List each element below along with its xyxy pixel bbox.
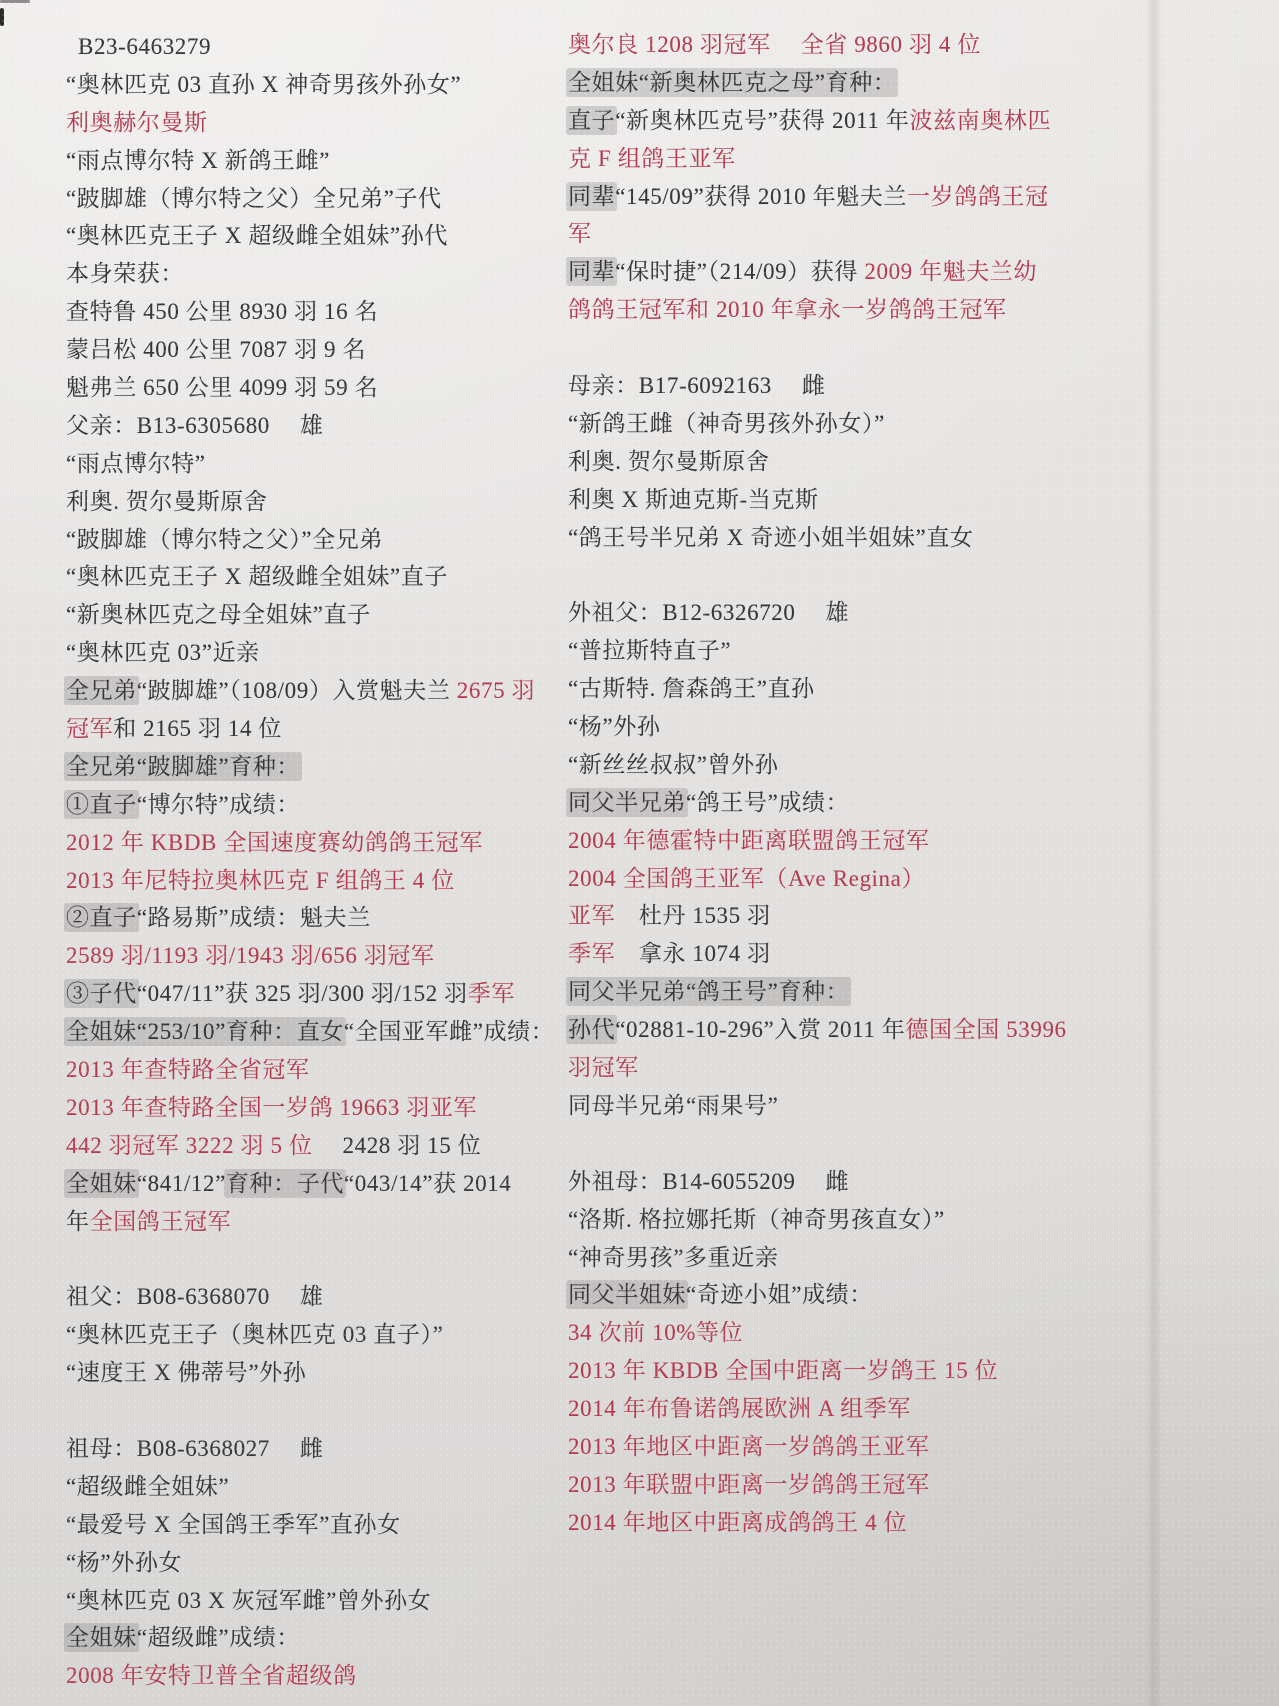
pedigree-left-column: B23-6463279“奥林匹克 03 直孙 X 神奇男孩外孙女”利奥赫尔曼斯“… bbox=[66, 28, 552, 1695]
text-segment: 2013 年地区中距离一岁鸽鸽王亚军 bbox=[568, 1434, 930, 1459]
text-line: “最爱号 X 全国鸽王季军”直孙女 bbox=[66, 1506, 552, 1544]
text-line: 2014 年布鲁诺鸽展欧洲 A 组季军 bbox=[568, 1390, 1148, 1428]
text-segment: 2009 年魁夫兰幼 bbox=[864, 259, 1037, 284]
text-segment: 2004 全国鸽王亚军（Ave Regina） bbox=[568, 866, 925, 891]
text-segment: “杨”外孙女 bbox=[66, 1550, 182, 1575]
text-line: “雨点博尔特 X 新鸽王雌” bbox=[66, 142, 552, 180]
text-segment: 2008 年安特卫普全省超级鸽 bbox=[66, 1663, 357, 1688]
text-line: 利奥 X 斯迪克斯-当克斯 bbox=[568, 481, 1148, 519]
text-line: “奥林匹克王子（奥林匹克 03 直子）” bbox=[66, 1316, 552, 1354]
text-line: 羽冠军 bbox=[568, 1049, 1148, 1087]
text-line: 34 次前 10%等位 bbox=[568, 1314, 1148, 1352]
text-line: 祖母：B08-6368027 雌 bbox=[66, 1430, 552, 1468]
text-line: 外祖父：B12-6326720 雄 bbox=[568, 594, 1148, 632]
text-line: “新奥林匹克之母全姐妹”直子 bbox=[66, 596, 552, 634]
text-segment: 杜丹 1535 羽 bbox=[615, 903, 771, 928]
text-segment: B23-6463279 bbox=[78, 34, 211, 59]
text-line: 2013 年 KBDB 全国中距离一岁鸽王 15 位 bbox=[568, 1352, 1148, 1390]
text-segment: 一岁鸽鸽王冠 bbox=[907, 184, 1049, 209]
text-line: “杨”外孙 bbox=[568, 708, 1148, 746]
text-segment: 2013 年联盟中距离一岁鸽鸽王冠军 bbox=[568, 1472, 930, 1497]
text-segment: 利奥. 贺尔曼斯原舍 bbox=[568, 449, 770, 474]
text-line: “雨点博尔特” bbox=[66, 445, 552, 483]
text-line: 2012 年 KBDB 全国速度赛幼鸽鸽王冠军 bbox=[66, 824, 552, 862]
text-line: 外祖母：B14-6055209 雌 bbox=[568, 1163, 1148, 1201]
text-segment: “杨”外孙 bbox=[568, 714, 660, 739]
text-segment: 2013 年尼特拉奥林匹克 F 组鸽王 4 位 bbox=[66, 868, 455, 893]
text-line: “奥林匹克 03”近亲 bbox=[66, 634, 552, 672]
text-line: 2013 年联盟中距离一岁鸽鸽王冠军 bbox=[568, 1466, 1148, 1504]
text-segment: 外祖母：B14-6055209 雌 bbox=[568, 1169, 849, 1194]
text-segment: 2428 羽 15 位 bbox=[313, 1133, 482, 1158]
text-segment: “最爱号 X 全国鸽王季军”直孙女 bbox=[66, 1512, 401, 1537]
text-line: 同父半姐妹“奇迹小姐”成绩： bbox=[568, 1276, 1148, 1314]
text-segment: “02881-10-296”入赏 2011 年 bbox=[615, 1017, 905, 1042]
text-segment: 奥尔良 1208 羽冠军 全省 9860 羽 4 位 bbox=[568, 32, 981, 57]
text-segment: “145/09”获得 2010 年魁夫兰 bbox=[615, 184, 907, 209]
text-line: ①直子“博尔特”成绩： bbox=[66, 786, 552, 824]
text-segment: 利奥 X 斯迪克斯-当克斯 bbox=[568, 487, 819, 512]
text-segment: 波兹南奥林匹 bbox=[909, 108, 1051, 133]
text-line: 查特鲁 450 公里 8930 羽 16 名 bbox=[66, 293, 552, 331]
text-line: “跛脚雄（博尔特之父）”全兄弟 bbox=[66, 521, 552, 559]
text-line: ③子代“047/11”获 325 羽/300 羽/152 羽季军 bbox=[66, 975, 552, 1013]
text-line bbox=[568, 556, 1148, 594]
highlighted-text-segment: 同父半姐妹 bbox=[568, 1282, 686, 1307]
text-segment: 祖母：B08-6368027 雌 bbox=[66, 1436, 323, 1461]
photo-edge-artifact bbox=[0, 8, 4, 26]
text-line bbox=[568, 329, 1148, 367]
text-line: 442 羽冠军 3222 羽 5 位 2428 羽 15 位 bbox=[66, 1127, 552, 1165]
pedigree-document-photo: B23-6463279“奥林匹克 03 直孙 X 神奇男孩外孙女”利奥赫尔曼斯“… bbox=[0, 0, 1279, 1706]
text-segment: “路易斯”成绩：魁夫兰 bbox=[137, 905, 371, 930]
text-line: 同父半兄弟“鸽王号”育种： bbox=[568, 973, 1148, 1011]
text-line: 直子“新奥林匹克号”获得 2011 年波兹南奥林匹 bbox=[568, 102, 1148, 140]
highlighted-text-segment: 全姐妹 bbox=[66, 1625, 137, 1650]
text-segment: “全国亚军雌”成绩： bbox=[344, 1019, 554, 1044]
text-line: 蒙吕松 400 公里 7087 羽 9 名 bbox=[66, 331, 552, 369]
text-line: 季军 拿永 1074 羽 bbox=[568, 935, 1148, 973]
text-line: “普拉斯特直子” bbox=[568, 632, 1148, 670]
text-line: 同辈“145/09”获得 2010 年魁夫兰一岁鸽鸽王冠 bbox=[568, 178, 1148, 216]
text-line: 全姐妹“253/10”育种：直女“全国亚军雌”成绩： bbox=[66, 1013, 552, 1051]
text-segment: “跛脚雄（博尔特之父）”全兄弟 bbox=[66, 527, 383, 552]
text-segment: 和 2165 羽 14 位 bbox=[113, 716, 282, 741]
text-segment: 2013 年查特路全国一岁鸽 19663 羽亚军 bbox=[66, 1095, 477, 1120]
text-segment: 34 次前 10%等位 bbox=[568, 1320, 743, 1345]
highlighted-text-segment: ③子代 bbox=[66, 981, 137, 1006]
text-segment: 父亲：B13-6305680 雄 bbox=[66, 413, 323, 438]
text-line: 祖父：B08-6368070 雄 bbox=[66, 1278, 552, 1316]
text-line: 本身荣获： bbox=[66, 255, 552, 293]
text-segment: “雨点博尔特 X 新鸽王雌” bbox=[66, 148, 330, 173]
text-line: 全姐妹“841/12”育种：子代“043/14”获 2014 bbox=[66, 1165, 552, 1203]
text-segment: 克 F 组鸽王亚军 bbox=[568, 146, 736, 171]
text-line: “奥林匹克王子 X 超级雌全姐妹”孙代 bbox=[66, 217, 552, 255]
text-line: 军 bbox=[568, 215, 1148, 253]
text-segment: 同母半兄弟“雨果号” bbox=[568, 1093, 778, 1118]
text-line: “超级雌全姐妹” bbox=[66, 1468, 552, 1506]
text-segment: “洛斯. 格拉娜托斯（神奇男孩直女）” bbox=[568, 1207, 945, 1232]
text-line: 孙代“02881-10-296”入赏 2011 年德国全国 53996 bbox=[568, 1011, 1148, 1049]
text-segment: 利奥赫尔曼斯 bbox=[66, 110, 208, 135]
text-line: 父亲：B13-6305680 雄 bbox=[66, 407, 552, 445]
text-line: 年全国鸽王冠军 bbox=[66, 1203, 552, 1241]
text-segment: “超级雌全姐妹” bbox=[66, 1474, 229, 1499]
text-line: 同母半兄弟“雨果号” bbox=[568, 1087, 1148, 1125]
text-segment: 军 bbox=[568, 221, 592, 246]
text-segment: 蒙吕松 400 公里 7087 羽 9 名 bbox=[66, 337, 366, 362]
text-line: 母亲：B17-6092163 雌 bbox=[568, 367, 1148, 405]
text-segment: “跛脚雄”（108/09）入赏魁夫兰 bbox=[137, 678, 457, 703]
text-segment: “奥林匹克王子（奥林匹克 03 直子）” bbox=[66, 1322, 443, 1347]
text-segment: 2012 年 KBDB 全国速度赛幼鸽鸽王冠军 bbox=[66, 830, 483, 855]
text-segment: 2013 年 KBDB 全国中距离一岁鸽王 15 位 bbox=[568, 1358, 998, 1383]
text-segment: 年 bbox=[66, 1209, 90, 1234]
text-line: “跛脚雄（博尔特之父）全兄弟”子代 bbox=[66, 180, 552, 218]
text-segment: 魁弗兰 650 公里 4099 羽 59 名 bbox=[66, 375, 378, 400]
text-line: 2013 年查特路全省冠军 bbox=[66, 1051, 552, 1089]
text-segment: 母亲：B17-6092163 雌 bbox=[568, 373, 825, 398]
text-line: “洛斯. 格拉娜托斯（神奇男孩直女）” bbox=[568, 1201, 1148, 1239]
text-line: 2004 年德霍特中距离联盟鸽王冠军 bbox=[568, 822, 1148, 860]
text-segment: 查特鲁 450 公里 8930 羽 16 名 bbox=[66, 299, 378, 324]
text-segment: “普拉斯特直子” bbox=[568, 638, 731, 663]
text-line: “鸽王号半兄弟 X 奇迹小姐半姐妹”直女 bbox=[568, 519, 1148, 557]
text-segment: 德国全国 53996 bbox=[905, 1017, 1066, 1042]
text-segment: 外祖父：B12-6326720 雄 bbox=[568, 600, 849, 625]
highlighted-text-segment: 同辈 bbox=[568, 259, 615, 284]
text-segment: “新奥林匹克之母全姐妹”直子 bbox=[66, 602, 371, 627]
text-line: 同辈“保时捷”（214/09）获得 2009 年魁夫兰幼 bbox=[568, 253, 1148, 291]
highlighted-text-segment: 全姐妹“253/10”育种：直女 bbox=[66, 1019, 344, 1044]
text-segment: “新奥林匹克号”获得 2011 年 bbox=[615, 108, 909, 133]
text-segment: “跛脚雄（博尔特之父）全兄弟”子代 bbox=[66, 186, 442, 211]
text-line: 奥尔良 1208 羽冠军 全省 9860 羽 4 位 bbox=[568, 26, 1148, 64]
text-segment: “奥林匹克 03 直孙 X 神奇男孩外孙女” bbox=[66, 72, 461, 97]
text-line: 全姐妹“新奥林匹克之母”育种： bbox=[568, 64, 1148, 102]
text-segment: “保时捷”（214/09）获得 bbox=[615, 259, 864, 284]
highlighted-text-segment: 全兄弟“跛脚雄”育种： bbox=[66, 754, 300, 779]
text-line: 利奥. 贺尔曼斯原舍 bbox=[568, 443, 1148, 481]
text-segment: “奥林匹克 03 X 灰冠军雌”曾外孙女 bbox=[66, 1588, 431, 1613]
text-line bbox=[568, 1125, 1148, 1163]
text-segment: “鸽王号半兄弟 X 奇迹小姐半姐妹”直女 bbox=[568, 525, 974, 550]
text-line: “杨”外孙女 bbox=[66, 1544, 552, 1582]
text-segment: “新鸽王雌（神奇男孩外孙女）” bbox=[568, 411, 885, 436]
highlighted-text-segment: 直子 bbox=[568, 108, 615, 133]
text-segment: 季军 bbox=[468, 981, 515, 1006]
text-segment: 亚军 bbox=[568, 903, 615, 928]
text-line: “奥林匹克 03 直孙 X 神奇男孩外孙女” bbox=[66, 66, 552, 104]
text-segment: 拿永 1074 羽 bbox=[615, 941, 771, 966]
text-segment: “古斯特. 詹森鸽王”直孙 bbox=[568, 676, 815, 701]
text-line: 2004 全国鸽王亚军（Ave Regina） bbox=[568, 860, 1148, 898]
text-segment: 羽冠军 bbox=[568, 1055, 639, 1080]
highlighted-text-segment: 同父半兄弟“鸽王号”育种： bbox=[568, 979, 849, 1004]
text-line: ②直子“路易斯”成绩：魁夫兰 bbox=[66, 899, 552, 937]
text-segment: 利奥. 贺尔曼斯原舍 bbox=[66, 489, 268, 514]
highlighted-text-segment: 同辈 bbox=[568, 184, 615, 209]
text-line: 2013 年查特路全国一岁鸽 19663 羽亚军 bbox=[66, 1089, 552, 1127]
text-line: 全兄弟“跛脚雄”育种： bbox=[66, 748, 552, 786]
text-line: 2013 年地区中距离一岁鸽鸽王亚军 bbox=[568, 1428, 1148, 1466]
text-segment: “奇迹小姐”成绩： bbox=[686, 1282, 873, 1307]
text-line: “神奇男孩”多重近亲 bbox=[568, 1239, 1148, 1277]
text-segment: “博尔特”成绩： bbox=[137, 792, 300, 817]
text-segment: 442 羽冠军 3222 羽 5 位 bbox=[66, 1133, 313, 1158]
text-line: “奥林匹克王子 X 超级雌全姐妹”直子 bbox=[66, 558, 552, 596]
text-line: 2014 年地区中距离成鸽鸽王 4 位 bbox=[568, 1504, 1148, 1542]
text-segment: 祖父：B08-6368070 雄 bbox=[66, 1284, 323, 1309]
text-line: 克 F 组鸽王亚军 bbox=[568, 140, 1148, 178]
text-line: “奥林匹克 03 X 灰冠军雌”曾外孙女 bbox=[66, 1582, 552, 1620]
text-line: “新丝丝叔叔”曾外孙 bbox=[568, 746, 1148, 784]
text-segment: “新丝丝叔叔”曾外孙 bbox=[568, 752, 778, 777]
text-line: “速度王 X 佛蒂号”外孙 bbox=[66, 1354, 552, 1392]
photo-edge-artifact bbox=[0, 0, 30, 3]
highlighted-text-segment: 同父半兄弟 bbox=[568, 790, 686, 815]
text-segment: 2013 年查特路全省冠军 bbox=[66, 1057, 310, 1082]
text-segment: “鸽王号”成绩： bbox=[686, 790, 849, 815]
text-segment: “841/12” bbox=[137, 1171, 226, 1196]
text-line: 2589 羽/1193 羽/1943 羽/656 羽冠军 bbox=[66, 937, 552, 975]
text-line: 利奥. 贺尔曼斯原舍 bbox=[66, 483, 552, 521]
pedigree-right-column: 奥尔良 1208 羽冠军 全省 9860 羽 4 位全姐妹“新奥林匹克之母”育种… bbox=[568, 26, 1148, 1542]
highlighted-text-segment: 全姐妹“新奥林匹克之母”育种： bbox=[568, 70, 896, 95]
text-segment: 2014 年地区中距离成鸽鸽王 4 位 bbox=[568, 1510, 907, 1535]
text-segment: “奥林匹克 03”近亲 bbox=[66, 640, 260, 665]
text-segment: 鸽鸽王冠军和 2010 年拿永一岁鸽鸽王冠军 bbox=[568, 297, 1007, 322]
text-line: B23-6463279 bbox=[66, 28, 552, 66]
highlighted-text-segment: ②直子 bbox=[66, 905, 137, 930]
text-segment: 2014 年布鲁诺鸽展欧洲 A 组季军 bbox=[568, 1396, 911, 1421]
text-line: “古斯特. 詹森鸽王”直孙 bbox=[568, 670, 1148, 708]
text-segment: 2675 羽 bbox=[457, 678, 535, 703]
text-segment: “043/14”获 2014 bbox=[344, 1171, 511, 1196]
text-segment: 2589 羽/1193 羽/1943 羽/656 羽冠军 bbox=[66, 943, 435, 968]
text-segment: 冠军 bbox=[66, 716, 113, 741]
text-line: 鸽鸽王冠军和 2010 年拿永一岁鸽鸽王冠军 bbox=[568, 291, 1148, 329]
text-segment: “神奇男孩”多重近亲 bbox=[568, 1245, 778, 1270]
text-line: 魁弗兰 650 公里 4099 羽 59 名 bbox=[66, 369, 552, 407]
text-segment: 本身荣获： bbox=[66, 261, 184, 286]
text-line: 2013 年尼特拉奥林匹克 F 组鸽王 4 位 bbox=[66, 862, 552, 900]
text-line: 2008 年安特卫普全省超级鸽 bbox=[66, 1657, 552, 1695]
text-segment: “雨点博尔特” bbox=[66, 451, 206, 476]
text-segment: “奥林匹克王子 X 超级雌全姐妹”直子 bbox=[66, 564, 448, 589]
text-segment: “超级雌”成绩： bbox=[137, 1625, 300, 1650]
highlighted-text-segment: 育种：子代 bbox=[226, 1171, 344, 1196]
text-line bbox=[66, 1392, 552, 1430]
text-line: “新鸽王雌（神奇男孩外孙女）” bbox=[568, 405, 1148, 443]
text-line: 利奥赫尔曼斯 bbox=[66, 104, 552, 142]
text-segment: 季军 bbox=[568, 941, 615, 966]
text-segment: “速度王 X 佛蒂号”外孙 bbox=[66, 1360, 306, 1385]
highlighted-text-segment: ①直子 bbox=[66, 792, 137, 817]
text-line: 全姐妹“超级雌”成绩： bbox=[66, 1619, 552, 1657]
text-segment: 全国鸽王冠军 bbox=[90, 1209, 232, 1234]
text-line: 冠军和 2165 羽 14 位 bbox=[66, 710, 552, 748]
text-line bbox=[66, 1241, 552, 1279]
text-segment: 2004 年德霍特中距离联盟鸽王冠军 bbox=[568, 828, 930, 853]
text-segment: “奥林匹克王子 X 超级雌全姐妹”孙代 bbox=[66, 223, 448, 248]
text-segment: “047/11”获 325 羽/300 羽/152 羽 bbox=[137, 981, 468, 1006]
text-line: 全兄弟“跛脚雄”（108/09）入赏魁夫兰 2675 羽 bbox=[66, 672, 552, 710]
highlighted-text-segment: 孙代 bbox=[568, 1017, 615, 1042]
text-line: 亚军 杜丹 1535 羽 bbox=[568, 897, 1148, 935]
paper-crease bbox=[1146, 0, 1162, 1706]
text-line: 同父半兄弟“鸽王号”成绩： bbox=[568, 784, 1148, 822]
highlighted-text-segment: 全兄弟 bbox=[66, 678, 137, 703]
highlighted-text-segment: 全姐妹 bbox=[66, 1171, 137, 1196]
